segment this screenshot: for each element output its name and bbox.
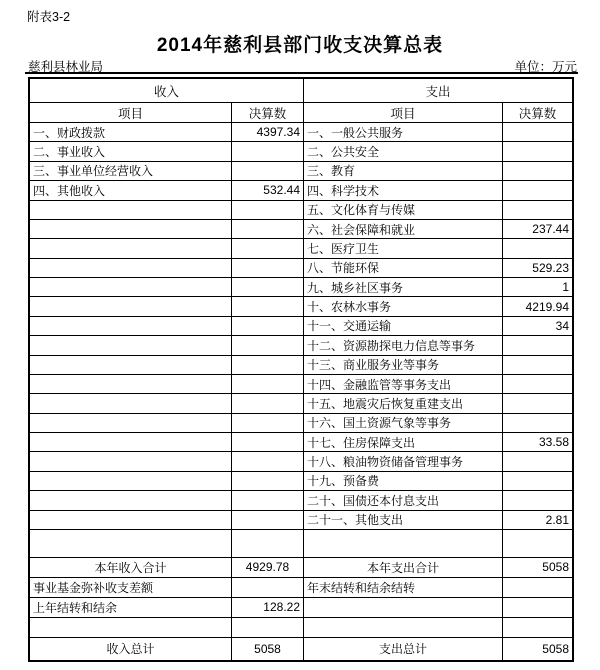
expense-item-cell: 二十一、其他支出 xyxy=(304,511,503,529)
expense-item-cell xyxy=(304,530,503,557)
income-amount-column-header: 决算数 xyxy=(232,103,304,122)
income-item-column-header: 项目 xyxy=(30,103,232,122)
expense-amount-cell: 237.44 xyxy=(503,220,572,238)
expense-amount-cell xyxy=(503,181,572,199)
income-amount-cell xyxy=(232,201,304,219)
income-amount-cell xyxy=(232,433,304,451)
income-amount-cell xyxy=(232,278,304,296)
annex-label: 附表3-2 xyxy=(27,7,70,25)
expense-amount-cell xyxy=(503,142,572,160)
expense-item-cell: 十四、金融监管等事务支出 xyxy=(304,375,503,393)
expense-amount-cell xyxy=(503,598,572,617)
table-row: 三、事业单位经营收入 三、教育 xyxy=(30,162,572,181)
income-item-cell xyxy=(30,618,232,637)
table-row xyxy=(30,530,572,558)
table-row: 十三、商业服务业等事务 xyxy=(30,356,572,375)
income-amount-cell xyxy=(232,530,304,557)
income-amount-cell xyxy=(232,297,304,315)
column-header-row: 项目 决算数 项目 决算数 xyxy=(30,103,572,123)
income-item-cell xyxy=(30,452,232,470)
income-amount-cell xyxy=(232,578,304,597)
table-row: 十、农林水事务 4219.94 xyxy=(30,297,572,316)
income-item-cell xyxy=(30,511,232,529)
expense-amount-cell xyxy=(503,336,572,354)
expense-amount-cell: 1 xyxy=(503,278,572,296)
income-item-cell xyxy=(30,375,232,393)
expense-amount-cell xyxy=(503,394,572,412)
table-row: 六、社会保障和就业 237.44 xyxy=(30,220,572,239)
income-item-cell xyxy=(30,356,232,374)
income-item-cell xyxy=(30,239,232,257)
income-item-cell: 四、其他收入 xyxy=(30,181,232,199)
income-amount-cell xyxy=(232,414,304,432)
expense-amount-cell: 2.81 xyxy=(503,511,572,529)
income-amount-cell: 532.44 xyxy=(232,181,304,199)
income-item-cell xyxy=(30,394,232,412)
expense-item-cell: 十一、交通运输 xyxy=(304,317,503,335)
expense-item-cell: 二、公共安全 xyxy=(304,142,503,160)
table-row: 十八、粮油物资储备管理事务 xyxy=(30,452,572,471)
income-item-cell: 本年收入合计 xyxy=(30,558,232,577)
income-amount-cell xyxy=(232,356,304,374)
table-row xyxy=(30,618,572,638)
expense-amount-cell xyxy=(503,201,572,219)
expense-amount-cell xyxy=(503,375,572,393)
expense-amount-cell xyxy=(503,578,572,597)
income-amount-cell xyxy=(232,491,304,509)
expense-item-cell: 七、医疗卫生 xyxy=(304,239,503,257)
table-row: 二十一、其他支出 2.81 xyxy=(30,511,572,530)
table-row: 十一、交通运输 34 xyxy=(30,317,572,336)
income-item-cell xyxy=(30,491,232,509)
income-item-cell xyxy=(30,336,232,354)
income-item-cell: 三、事业单位经营收入 xyxy=(30,162,232,180)
expense-item-cell: 本年支出合计 xyxy=(304,558,503,577)
income-item-cell xyxy=(30,220,232,238)
table-row: 八、节能环保 529.23 xyxy=(30,259,572,278)
table-row: 十二、资源勘探电力信息等事务 xyxy=(30,336,572,355)
table-row: 五、文化体育与传媒 xyxy=(30,201,572,220)
table-row: 十六、国土资源气象等事务 xyxy=(30,414,572,433)
expense-amount-cell xyxy=(503,414,572,432)
expense-item-cell: 支出总计 xyxy=(304,638,503,660)
table-row: 收入总计 5058 支出总计 5058 xyxy=(30,638,572,660)
expense-item-cell: 五、文化体育与传媒 xyxy=(304,201,503,219)
income-amount-cell xyxy=(232,239,304,257)
expense-amount-cell xyxy=(503,123,572,141)
table-row: 事业基金弥补收支差额 年末结转和结余结转 xyxy=(30,578,572,598)
expense-amount-cell: 5058 xyxy=(503,638,572,660)
income-amount-cell: 4397.34 xyxy=(232,123,304,141)
income-amount-cell: 4929.78 xyxy=(232,558,304,577)
expense-item-cell: 一、一般公共服务 xyxy=(304,123,503,141)
expense-amount-cell xyxy=(503,239,572,257)
table-row: 十五、地震灾后恢复重建支出 xyxy=(30,394,572,413)
table-row: 二、事业收入 二、公共安全 xyxy=(30,142,572,161)
income-amount-cell xyxy=(232,452,304,470)
income-amount-cell xyxy=(232,618,304,637)
header-rule xyxy=(25,72,578,74)
table-row: 十九、预备费 xyxy=(30,472,572,491)
income-item-cell: 上年结转和结余 xyxy=(30,598,232,617)
expense-item-cell: 十九、预备费 xyxy=(304,472,503,490)
income-item-cell: 二、事业收入 xyxy=(30,142,232,160)
expense-item-cell: 十三、商业服务业等事务 xyxy=(304,356,503,374)
income-item-cell: 事业基金弥补收支差额 xyxy=(30,578,232,597)
table-row: 七、医疗卫生 xyxy=(30,239,572,258)
expense-amount-cell: 529.23 xyxy=(503,259,572,277)
budget-summary-table: 收入 支出 项目 决算数 项目 决算数 一、财政拨款 4397.34 一、一般公… xyxy=(28,77,574,662)
expense-item-cell: 八、节能环保 xyxy=(304,259,503,277)
expense-item-cell: 二十、国债还本付息支出 xyxy=(304,491,503,509)
income-amount-cell xyxy=(232,511,304,529)
page-title: 2014年慈利县部门收支决算总表 xyxy=(0,30,600,57)
expense-amount-cell: 33.58 xyxy=(503,433,572,451)
expense-item-cell: 三、教育 xyxy=(304,162,503,180)
expense-item-cell: 十五、地震灾后恢复重建支出 xyxy=(304,394,503,412)
expense-item-column-header: 项目 xyxy=(304,103,503,122)
income-item-cell xyxy=(30,472,232,490)
income-section-header: 收入 xyxy=(30,79,304,102)
table-row: 十七、住房保障支出 33.58 xyxy=(30,433,572,452)
income-item-cell xyxy=(30,414,232,432)
expense-amount-cell xyxy=(503,472,572,490)
section-header-row: 收入 支出 xyxy=(30,79,572,103)
expense-item-cell: 九、城乡社区事务 xyxy=(304,278,503,296)
table-row: 一、财政拨款 4397.34 一、一般公共服务 xyxy=(30,123,572,142)
income-item-cell: 收入总计 xyxy=(30,638,232,660)
expense-item-cell: 十六、国土资源气象等事务 xyxy=(304,414,503,432)
income-item-cell xyxy=(30,317,232,335)
expense-item-cell xyxy=(304,618,503,637)
expense-item-cell xyxy=(304,598,503,617)
expense-amount-cell xyxy=(503,162,572,180)
expense-amount-cell xyxy=(503,530,572,557)
expense-amount-cell: 5058 xyxy=(503,558,572,577)
income-amount-cell xyxy=(232,375,304,393)
income-item-cell xyxy=(30,530,232,557)
expense-amount-cell: 4219.94 xyxy=(503,297,572,315)
expense-item-cell: 十、农林水事务 xyxy=(304,297,503,315)
expense-amount-cell xyxy=(503,491,572,509)
table-row: 上年结转和结余 128.22 xyxy=(30,598,572,618)
income-item-cell xyxy=(30,259,232,277)
income-amount-cell xyxy=(232,317,304,335)
expense-item-cell: 十二、资源勘探电力信息等事务 xyxy=(304,336,503,354)
table-row: 十四、金融监管等事务支出 xyxy=(30,375,572,394)
expense-item-cell: 六、社会保障和就业 xyxy=(304,220,503,238)
income-amount-cell xyxy=(232,336,304,354)
income-item-cell xyxy=(30,201,232,219)
income-item-cell xyxy=(30,433,232,451)
expense-item-cell: 十八、粮油物资储备管理事务 xyxy=(304,452,503,470)
expense-amount-cell xyxy=(503,618,572,637)
table-row: 四、其他收入 532.44 四、科学技术 xyxy=(30,181,572,200)
expense-item-cell: 年末结转和结余结转 xyxy=(304,578,503,597)
expense-amount-column-header: 决算数 xyxy=(503,103,572,122)
income-amount-cell xyxy=(232,162,304,180)
income-item-cell: 一、财政拨款 xyxy=(30,123,232,141)
expense-amount-cell xyxy=(503,452,572,470)
table-row: 本年收入合计 4929.78 本年支出合计 5058 xyxy=(30,558,572,578)
expense-amount-cell xyxy=(503,356,572,374)
income-amount-cell xyxy=(232,259,304,277)
income-amount-cell: 128.22 xyxy=(232,598,304,617)
expense-item-cell: 十七、住房保障支出 xyxy=(304,433,503,451)
income-item-cell xyxy=(30,278,232,296)
income-amount-cell xyxy=(232,220,304,238)
table-row: 二十、国债还本付息支出 xyxy=(30,491,572,510)
table-row: 九、城乡社区事务 1 xyxy=(30,278,572,297)
expense-section-header: 支出 xyxy=(304,79,572,102)
income-amount-cell xyxy=(232,394,304,412)
income-item-cell xyxy=(30,297,232,315)
expense-item-cell: 四、科学技术 xyxy=(304,181,503,199)
expense-amount-cell: 34 xyxy=(503,317,572,335)
income-amount-cell xyxy=(232,472,304,490)
income-amount-cell xyxy=(232,142,304,160)
income-amount-cell: 5058 xyxy=(232,638,304,660)
